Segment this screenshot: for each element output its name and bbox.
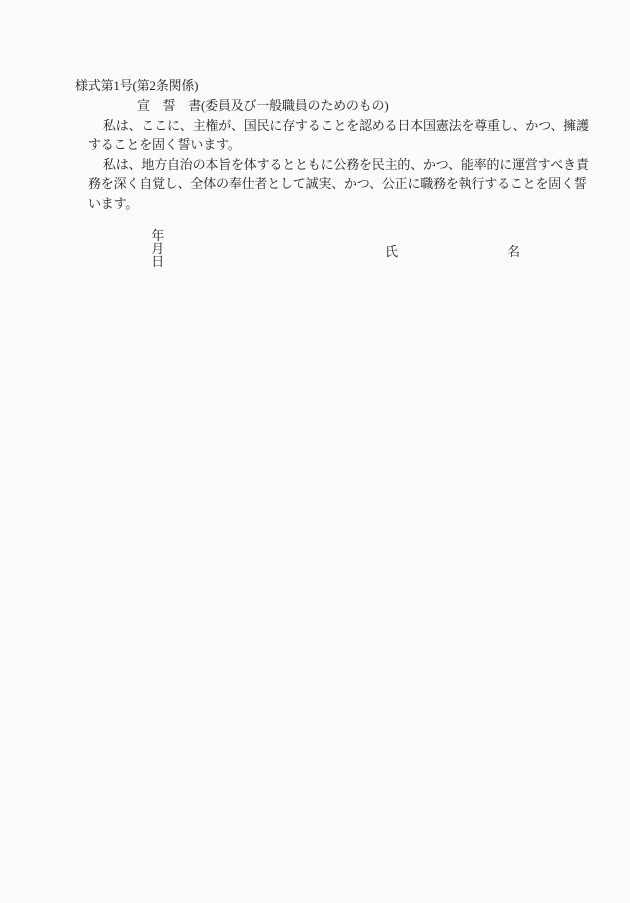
form-number-label: 様式第1号(第2条関係) <box>75 79 198 92</box>
signature-line: 氏 名 <box>0 245 630 297</box>
paragraph2-line2: 務を深く自覚し、全体の奉仕者として誠実、かつ、公正に職務を執行することを固く誓 <box>88 177 587 190</box>
paragraph1-line1: 私は、ここに、主権が、国民に存することを認める日本国憲法を尊重し、かつ、擁護 <box>103 119 589 132</box>
document-page: 様式第1号(第2条関係) 宣 誓 書(委員及び一般職員のためのもの) 私は、ここ… <box>0 0 630 903</box>
paragraph1-line2: することを固く誓います。 <box>88 138 241 151</box>
paragraph2-line3: います。 <box>88 197 138 210</box>
paragraph2-line1: 私は、地方自治の本旨を体するとともに公務を民主的、かつ、能率的に運営すべき責 <box>103 158 589 171</box>
signature-family-name-label: 氏 <box>385 245 398 258</box>
signature-given-name-label: 名 <box>507 245 520 258</box>
document-title: 宣 誓 書(委員及び一般職員のためのもの) <box>137 99 388 112</box>
